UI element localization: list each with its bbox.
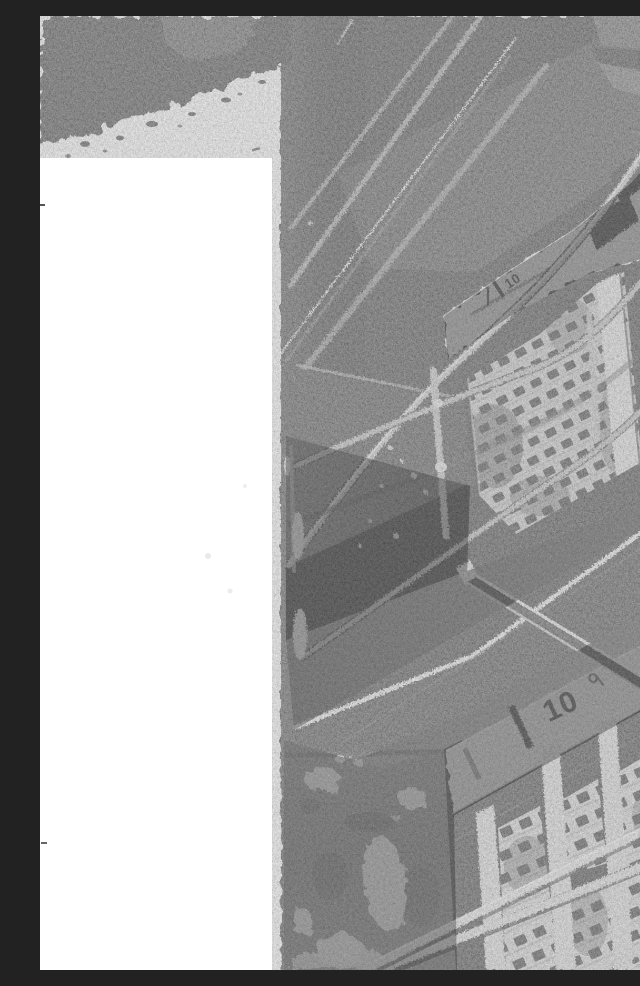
prison-cellblock-photo: 10 — [40, 16, 640, 970]
